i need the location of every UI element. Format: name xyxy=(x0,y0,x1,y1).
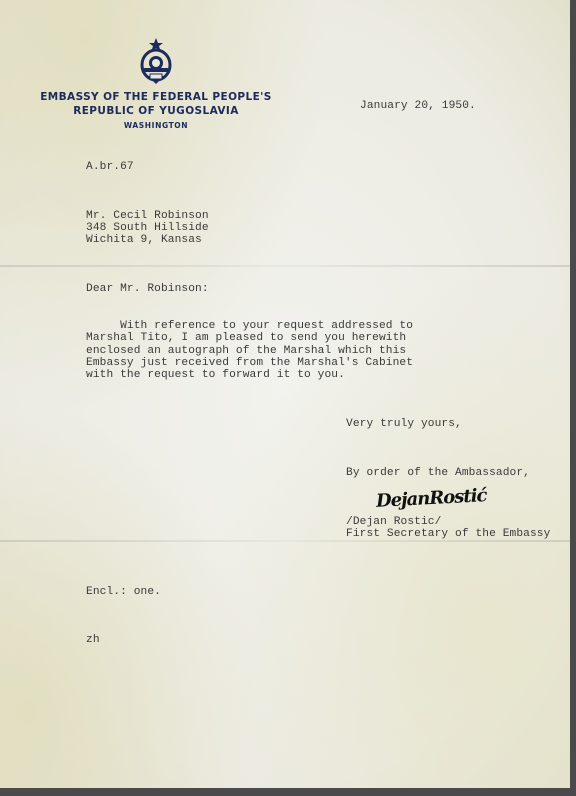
letterhead-line-2: REPUBLIC OF YUGOSLAVIA xyxy=(36,104,276,118)
recipient-city: Wichita 9, Kansas xyxy=(86,234,202,247)
letterhead: EMBASSY OF THE FEDERAL PEOPLE'S REPUBLIC… xyxy=(36,38,276,132)
letter-date: January 20, 1950. xyxy=(360,100,476,113)
reference-number: A.br.67 xyxy=(86,161,134,174)
signer-title: First Secretary of the Embassy xyxy=(346,528,550,541)
letterhead-city: WASHINGTON xyxy=(36,120,276,132)
salutation: Dear Mr. Robinson: xyxy=(86,283,209,296)
closing: Very truly yours, xyxy=(346,418,462,431)
coat-of-arms-icon xyxy=(138,38,174,86)
authority-line: By order of the Ambassador, xyxy=(346,467,530,480)
body-line: Marshal Tito, I am pleased to send you h… xyxy=(86,332,406,345)
letter-page: EMBASSY OF THE FEDERAL PEOPLE'S REPUBLIC… xyxy=(0,0,570,788)
typist-initials: zh xyxy=(86,634,100,647)
body-line: with the request to forward it to you. xyxy=(86,369,345,382)
letterhead-line-1: EMBASSY OF THE FEDERAL PEOPLE'S xyxy=(36,90,276,104)
enclosure-note: Encl.: one. xyxy=(86,586,161,599)
handwritten-signature: DejanRostić xyxy=(376,485,487,512)
fold-line xyxy=(0,265,570,267)
